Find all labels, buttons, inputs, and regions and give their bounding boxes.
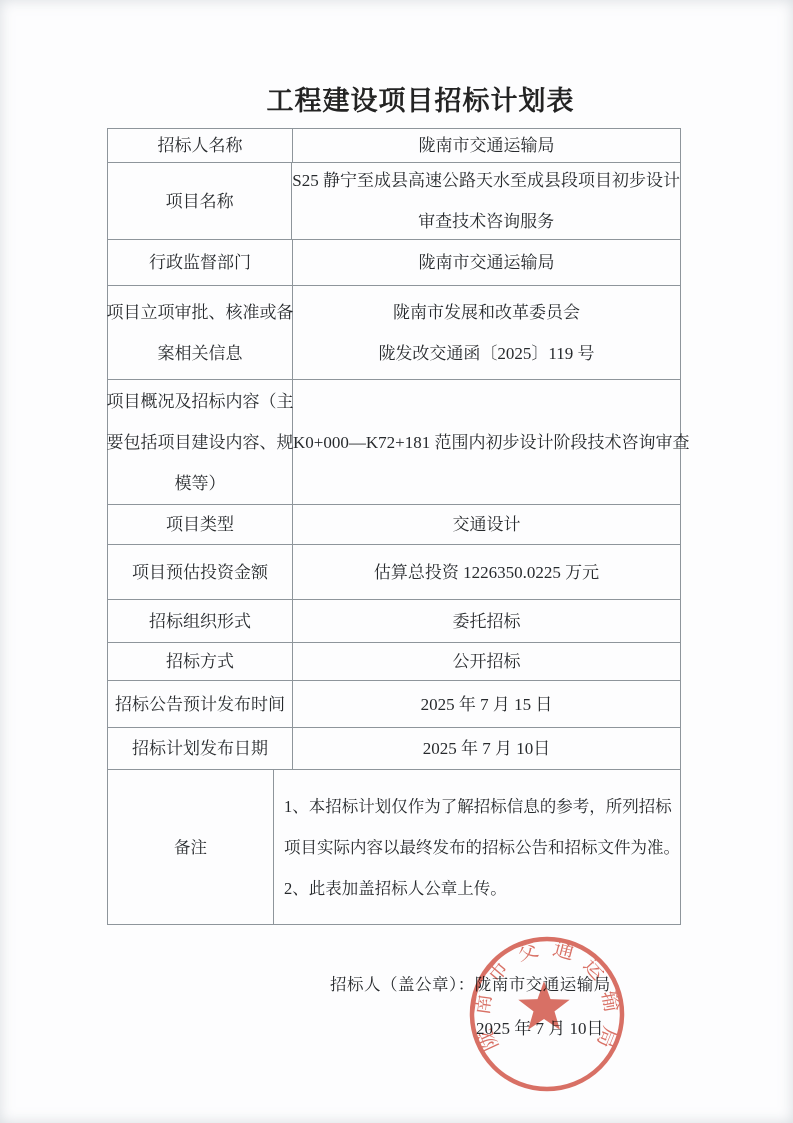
- row-label: 招标方式: [108, 643, 293, 680]
- signature-date: 2025 年 7 月 10日: [476, 1018, 604, 1040]
- table-row: 行政监督部门 陇南市交通运输局: [108, 240, 680, 286]
- row-label: 招标计划发布日期: [108, 728, 293, 769]
- row-value: 2025 年 7 月 10日: [293, 728, 680, 769]
- row-value: 1、本招标计划仅作为了解招标信息的参考，所列招标 项目实际内容以最终发布的招标公…: [274, 770, 680, 924]
- row-value: 陇南市发展和改革委员会 陇发改交通函〔2025〕119 号: [293, 286, 680, 379]
- stamp-circle: [472, 939, 622, 1089]
- row-value: 估算总投资 1226350.0225 万元: [293, 545, 680, 599]
- row-value: S25 静宁至成县高速公路天水至成县段项目初步设计 审查技术咨询服务: [292, 163, 680, 239]
- table-row: 项目类型 交通设计: [108, 505, 680, 545]
- row-value: 交通设计: [293, 505, 680, 544]
- table-row: 招标人名称 陇南市交通运输局: [108, 129, 680, 163]
- table-row: 招标方式 公开招标: [108, 643, 680, 681]
- official-red-stamp: 陇南市交通运输局: [466, 934, 630, 1098]
- table-row-remarks: 备注 1、本招标计划仅作为了解招标信息的参考，所列招标 项目实际内容以最终发布的…: [108, 770, 680, 924]
- row-label: 项目概况及招标内容（主 要包括项目建设内容、规 模等）: [108, 380, 293, 504]
- table-row: 项目预估投资金额 估算总投资 1226350.0225 万元: [108, 545, 680, 600]
- table-row: 招标公告预计发布时间 2025 年 7 月 15 日: [108, 681, 680, 728]
- row-value: 陇南市交通运输局: [293, 240, 680, 285]
- tender-plan-table: 招标人名称 陇南市交通运输局 项目名称 S25 静宁至成县高速公路天水至成县段项…: [107, 128, 681, 925]
- row-label: 项目立项审批、核准或备 案相关信息: [108, 286, 293, 379]
- table-row: 招标计划发布日期 2025 年 7 月 10日: [108, 728, 680, 770]
- row-value: K0+000—K72+181 范围内初步设计阶段技术咨询审查: [293, 380, 689, 504]
- row-label: 项目类型: [108, 505, 293, 544]
- row-value: 2025 年 7 月 15 日: [293, 681, 680, 727]
- signer-line: 招标人（盖公章）：陇南市交通运输局: [330, 974, 611, 996]
- row-label: 项目名称: [108, 163, 292, 239]
- table-row: 项目立项审批、核准或备 案相关信息 陇南市发展和改革委员会 陇发改交通函〔202…: [108, 286, 680, 380]
- row-label: 招标组织形式: [108, 600, 293, 642]
- row-value: 公开招标: [293, 643, 680, 680]
- row-label: 项目预估投资金额: [108, 545, 293, 599]
- row-value: 委托招标: [293, 600, 680, 642]
- document-title: 工程建设项目招标计划表: [24, 84, 793, 118]
- table-row: 招标组织形式 委托招标: [108, 600, 680, 643]
- row-label: 行政监督部门: [108, 240, 293, 285]
- row-value: 陇南市交通运输局: [293, 129, 680, 162]
- row-label: 招标人名称: [108, 129, 293, 162]
- table-row: 项目概况及招标内容（主 要包括项目建设内容、规 模等） K0+000—K72+1…: [108, 380, 680, 505]
- table-row: 项目名称 S25 静宁至成县高速公路天水至成县段项目初步设计 审查技术咨询服务: [108, 163, 680, 240]
- row-label: 备注: [108, 770, 274, 924]
- row-label: 招标公告预计发布时间: [108, 681, 293, 727]
